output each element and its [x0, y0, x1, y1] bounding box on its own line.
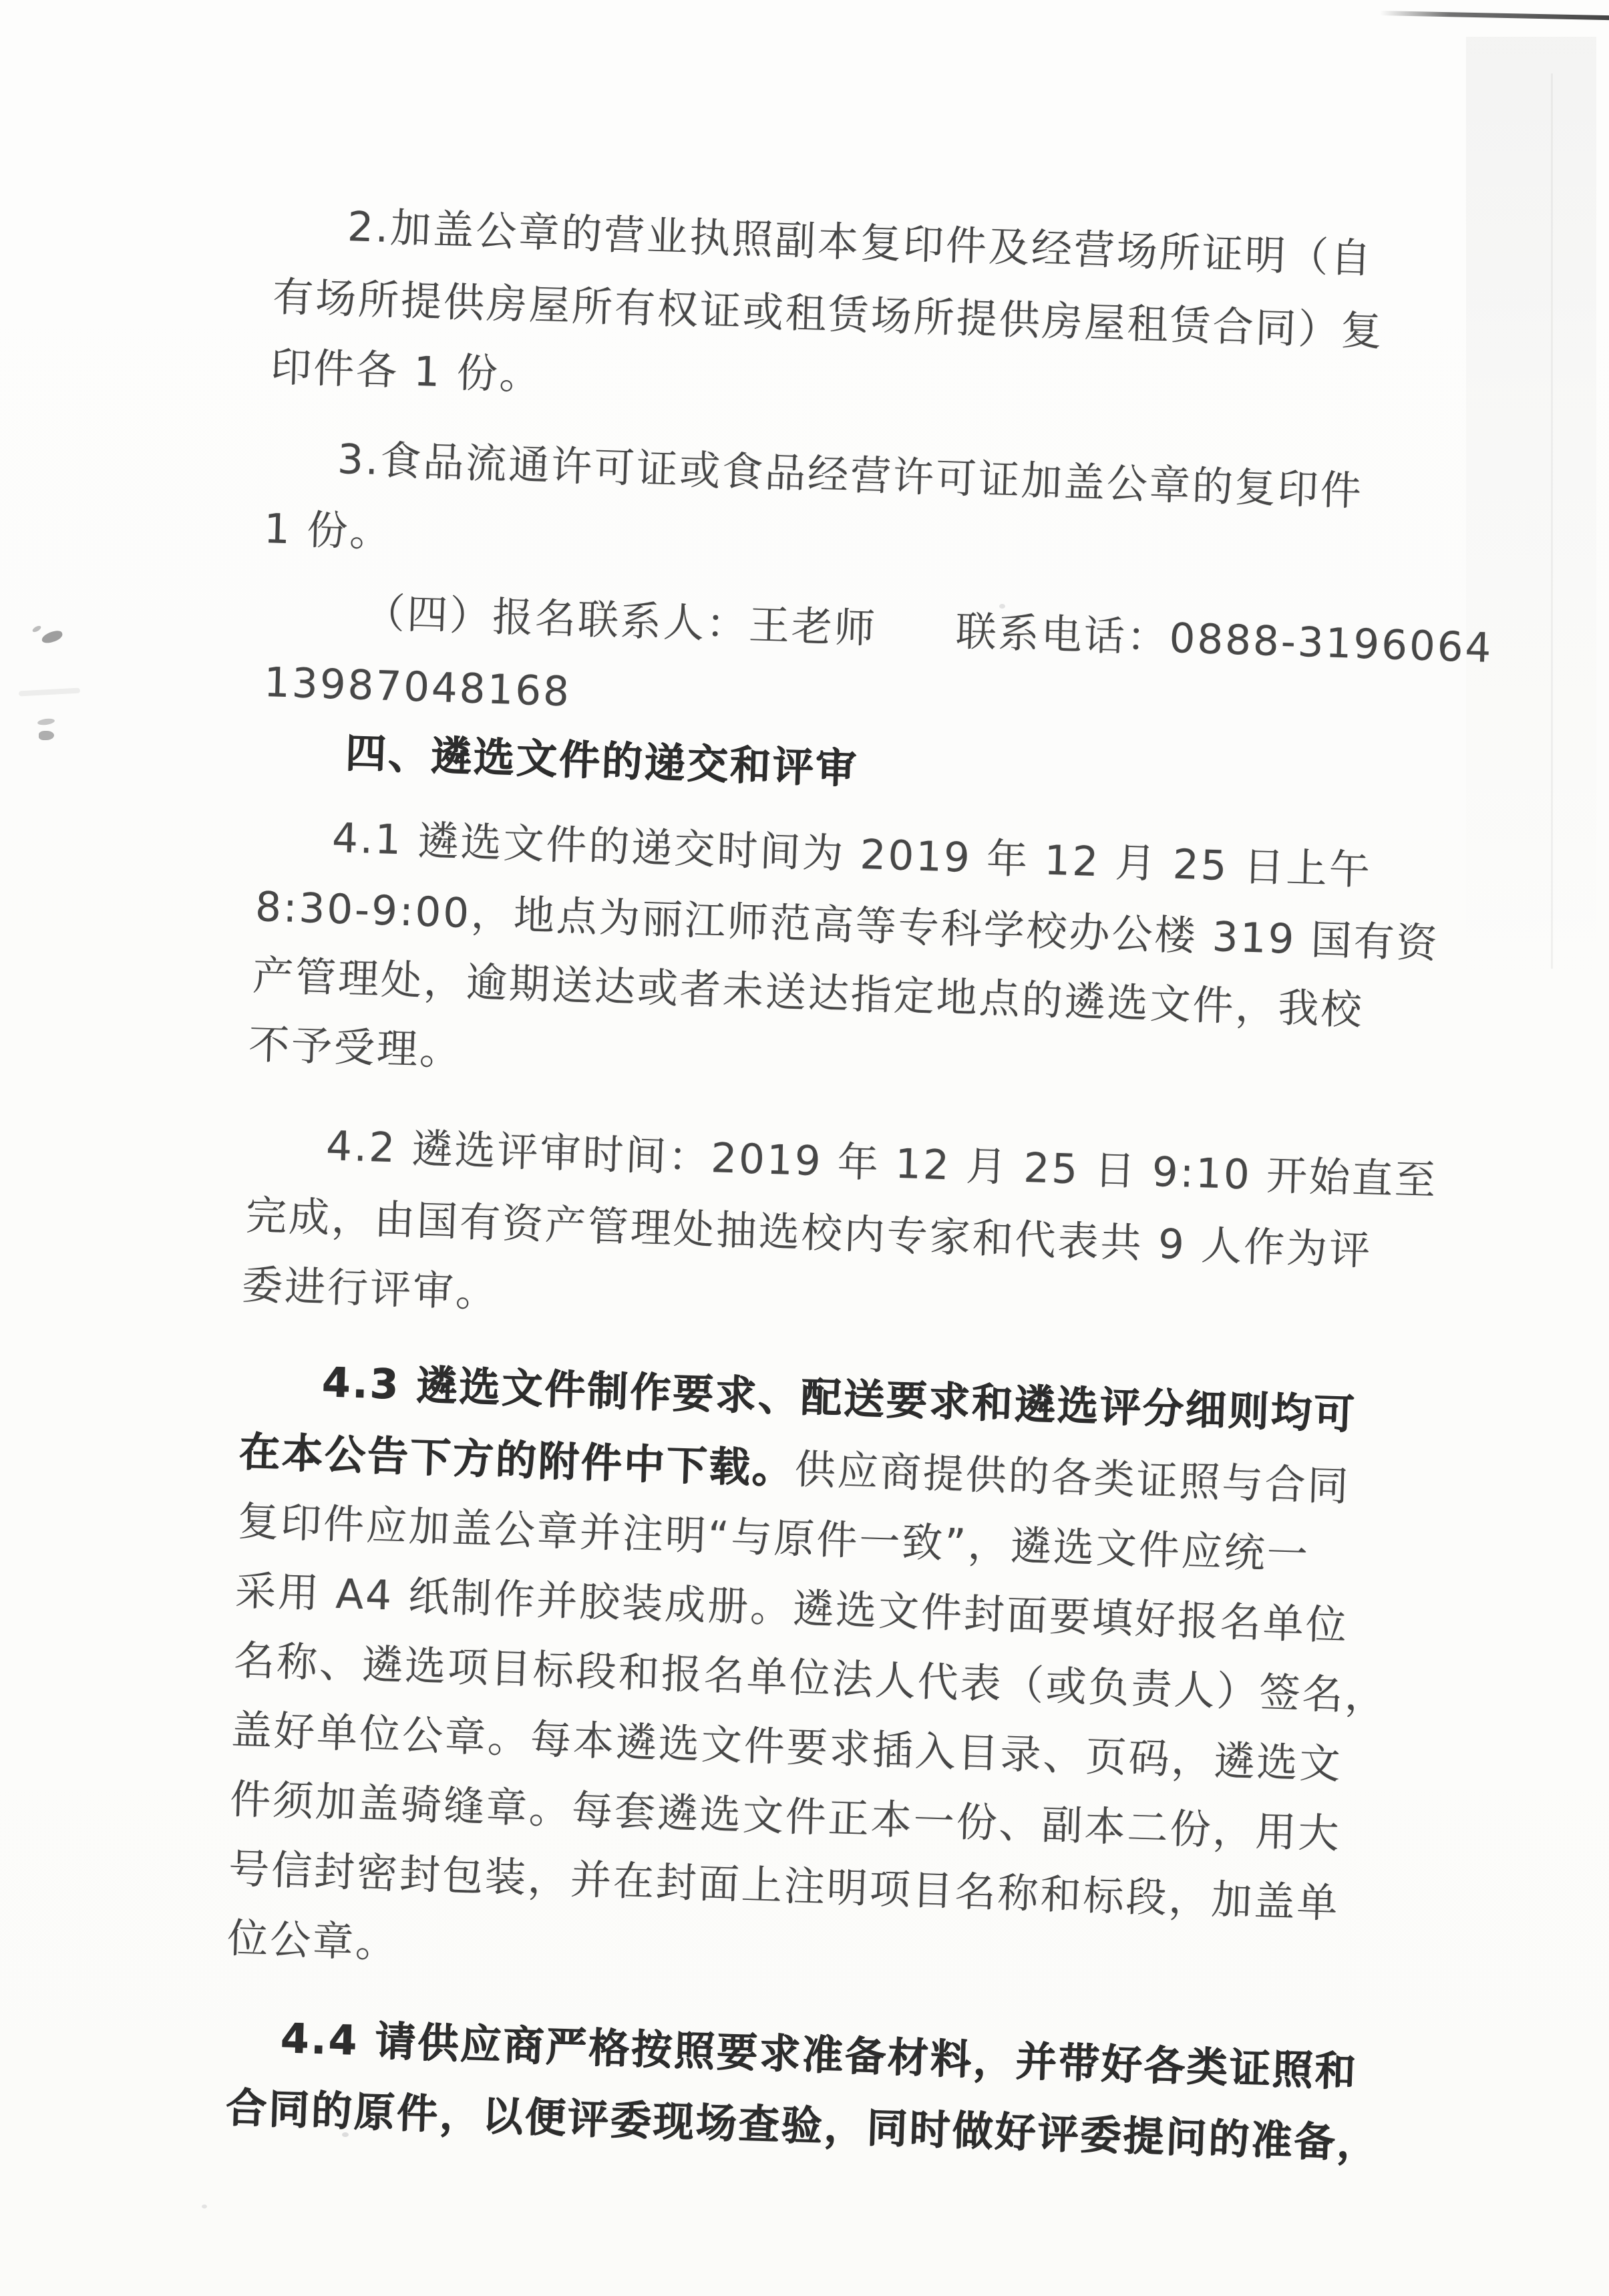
- text-segment: 委进行评审。: [241, 1259, 499, 1320]
- text-segment-bold: 4.4 请供应商严格按照要求准备材料，并带好各类证照和: [280, 2012, 1359, 2100]
- text-segment: 3.食品流通许可证或食品经营许可证加盖公章的复印件: [337, 433, 1364, 518]
- scan-speck: [342, 2132, 349, 2137]
- text-segment: 联系电话：0888-3196064: [955, 605, 1494, 675]
- scan-vertical-streak-artifact: [1551, 73, 1553, 969]
- scan-streak-artifact: [1466, 37, 1596, 1039]
- text-line-1: 2.加盖公章的营业执照副本复印件及经营场所证明（自: [347, 200, 1374, 286]
- text-line-8: 四、遴选文件的递交和评审: [345, 727, 859, 796]
- text-line-13: 4.2 遴选评审时间：2019 年 12 月 25 日 9:10 开始直至: [325, 1120, 1438, 1208]
- text-line-6: （四）报名联系人：王老师联系电话：0888-3196064: [363, 587, 1494, 675]
- text-line-12: 不予受理。: [248, 1018, 463, 1078]
- text-segment: 2.加盖公章的营业执照副本复印件及经营场所证明（自: [347, 200, 1374, 286]
- text-segment: 1 份。: [263, 502, 393, 560]
- scanned-page: 2.加盖公章的营业执照副本复印件及经营场所证明（自有场所提供房屋所有权证或租赁场…: [0, 0, 1609, 2296]
- text-line-26: 合同的原件，以便评委现场查验，同时做好评委提问的准备，: [225, 2082, 1381, 2171]
- text-segment: 4.2 遴选评审时间：2019 年 12 月 25 日 9:10 开始直至: [325, 1120, 1438, 1208]
- text-segment: 位公章。: [226, 1912, 399, 1971]
- text-segment: 供应商提供的各类证照与合同: [794, 1443, 1351, 1514]
- text-segment: （四）报名联系人：王老师: [363, 587, 878, 656]
- text-segment-bold: 4.3 遴选文件制作要求、配送要求和遴选评分细则均可: [321, 1356, 1357, 1442]
- text-line-7: 13987048168: [263, 656, 572, 719]
- text-segment-bold: 合同的原件，以便评委现场查验，同时做好评委提问的准备，: [225, 2082, 1381, 2171]
- text-line-5: 1 份。: [263, 502, 393, 560]
- text-line-4: 3.食品流通许可证或食品经营许可证加盖公章的复印件: [337, 433, 1364, 518]
- text-segment: 不予受理。: [248, 1018, 463, 1078]
- text-line-24: 位公章。: [226, 1912, 399, 1971]
- text-line-9: 4.1 遴选文件的递交时间为 2019 年 12 月 25 日上午: [331, 812, 1373, 898]
- document-text: 2.加盖公章的营业执照副本复印件及经营场所证明（自有场所提供房屋所有权证或租赁场…: [0, 0, 1609, 2296]
- text-line-15: 委进行评审。: [241, 1259, 499, 1320]
- text-segment: 13987048168: [263, 656, 572, 719]
- text-segment: 印件各 1 份。: [270, 341, 543, 403]
- text-line-25: 4.4 请供应商严格按照要求准备材料，并带好各类证照和: [280, 2012, 1359, 2100]
- scan-speck: [202, 2204, 207, 2208]
- text-line-3: 印件各 1 份。: [270, 341, 543, 403]
- text-line-16: 4.3 遴选文件制作要求、配送要求和遴选评分细则均可: [321, 1356, 1357, 1442]
- text-segment: 4.1 遴选文件的递交时间为 2019 年 12 月 25 日上午: [331, 812, 1373, 898]
- text-segment-bold: 在本公告下方的附件中下载。: [238, 1426, 795, 1496]
- text-segment-bold: 四、遴选文件的递交和评审: [345, 727, 859, 796]
- scan-speck: [999, 604, 1005, 609]
